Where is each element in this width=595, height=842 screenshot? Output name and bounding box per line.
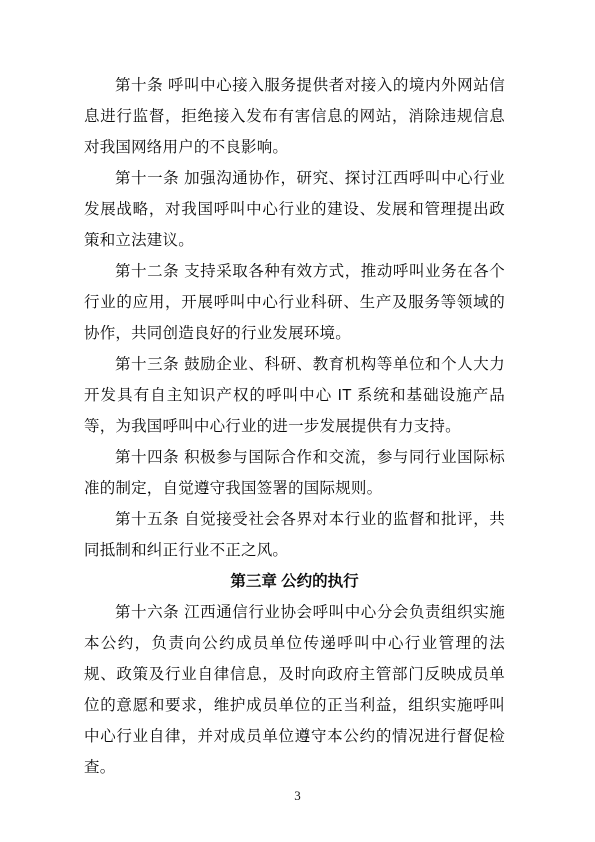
- document-page: 第十条 呼叫中心接入服务提供者对接入的境内外网站信息进行监督，拒绝接入发布有害信…: [0, 0, 595, 842]
- document-body: 第十条 呼叫中心接入服务提供者对接入的境内外网站信息进行监督，拒绝接入发布有害信…: [84, 70, 505, 783]
- clause-paragraph-12: 第十二条 支持采取各种有效方式，推动呼叫业务在各个行业的应用，开展呼叫中心行业科…: [84, 256, 505, 349]
- clause-paragraph-11: 第十一条 加强沟通协作，研究、探讨江西呼叫中心行业发展战略，对我国呼叫中心行业的…: [84, 163, 505, 256]
- clause-paragraph-15: 第十五条 自觉接受社会各界对本行业的监督和批评，共同抵制和纠正行业不正之风。: [84, 504, 505, 566]
- clause-paragraph-16: 第十六条 江西通信行业协会呼叫中心分会负责组织实施本公约，负责向公约成员单位传递…: [84, 597, 505, 783]
- clause-paragraph-10: 第十条 呼叫中心接入服务提供者对接入的境内外网站信息进行监督，拒绝接入发布有害信…: [84, 70, 505, 163]
- page-number: 3: [0, 788, 595, 804]
- clause-paragraph-13: 第十三条 鼓励企业、科研、教育机构等单位和个人大力开发具有自主知识产权的呼叫中心…: [84, 349, 505, 442]
- clause-paragraph-14: 第十四条 积极参与国际合作和交流，参与同行业国际标准的制定，自觉遵守我国签署的国…: [84, 442, 505, 504]
- chapter-heading: 第三章 公约的执行: [84, 566, 505, 597]
